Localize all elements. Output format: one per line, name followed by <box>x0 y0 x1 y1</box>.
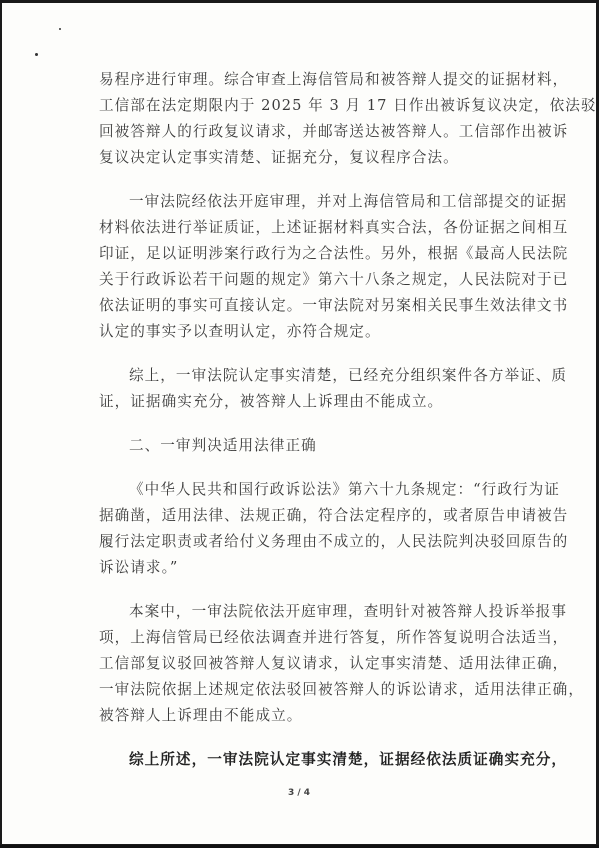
text-line: 被答辩人上诉理由不能成立。 <box>99 703 514 729</box>
text-line: 依法证明的事实可直接认定。一审法院对另案相关民事生效法律文书 <box>99 293 514 319</box>
text-line: 诉讼请求。” <box>99 555 514 581</box>
text-line: 《中华人民共和国行政诉讼法》第六十九条规定：“行政行为证 <box>99 477 514 503</box>
text-line: 关于行政诉讼若干问题的规定》第六十八条之规定，人民法院对于已 <box>99 267 514 293</box>
text-line: 本案中，一审法院依法开庭审理，查明针对被答辩人投诉举报事 <box>99 599 514 625</box>
text-line: 据确凿，适用法律、法规正确，符合法定程序的，或者原告申请被告 <box>99 503 514 529</box>
paragraph-p6: 综上所述，一审法院认定事实清楚，证据经依法质证确实充分， <box>99 747 514 773</box>
paragraph-p4: 《中华人民共和国行政诉讼法》第六十九条规定：“行政行为证 据确凿，适用法律、法规… <box>99 477 514 581</box>
text-line: 项，上海信管局已经依法调查并进行答复，所作答复说明合法适当， <box>99 625 514 651</box>
text-line: 一审法院经依法开庭审理，并对上海信管局和工信部提交的证据 <box>99 189 514 215</box>
page-number: 3 / 4 <box>2 788 596 798</box>
scan-speck <box>59 28 61 30</box>
text-line: 综上所述，一审法院认定事实清楚，证据经依法质证确实充分， <box>99 747 514 773</box>
heading-text: 二、一审判决适用法律正确 <box>99 433 514 459</box>
text-line: 易程序进行审理。综合审查上海信管局和被答辩人提交的证据材料， <box>99 67 514 93</box>
text-line: 认定的事实予以查明认定，亦符合规定。 <box>99 319 514 345</box>
document-page: 易程序进行审理。综合审查上海信管局和被答辩人提交的证据材料， 工信部在法定期限内… <box>2 3 596 844</box>
document-body: 易程序进行审理。综合审查上海信管局和被答辩人提交的证据材料， 工信部在法定期限内… <box>99 67 514 773</box>
text-line: 印证，足以证明涉案行政行为之合法性。另外，根据《最高人民法院 <box>99 241 514 267</box>
text-line: 回被答辩人的行政复议请求，并邮寄送达被答辩人。工信部作出被诉 <box>99 119 514 145</box>
paragraph-p1: 易程序进行审理。综合审查上海信管局和被答辩人提交的证据材料， 工信部在法定期限内… <box>99 67 514 171</box>
text-line: 材料依法进行举证质证，上述证据材料真实合法，各份证据之间相互 <box>99 215 514 241</box>
text-line: 一审法院依据上述规定依法驳回被答辩人的诉讼请求，适用法律正确， <box>99 677 514 703</box>
paragraph-p5: 本案中，一审法院依法开庭审理，查明针对被答辩人投诉举报事 项，上海信管局已经依法… <box>99 599 514 729</box>
paragraph-p3: 综上，一审法院认定事实清楚，已经充分组织案件各方举证、质 证，证据确实充分，被答… <box>99 363 514 415</box>
section-heading: 二、一审判决适用法律正确 <box>99 433 514 459</box>
text-line: 履行法定职责或者给付义务理由不成立的，人民法院判决驳回原告的 <box>99 529 514 555</box>
text-line: 工信部在法定期限内于 2025 年 3 月 17 日作出被诉复议决定，依法驳 <box>99 93 514 119</box>
scan-speck <box>35 53 38 56</box>
paragraph-p2: 一审法院经依法开庭审理，并对上海信管局和工信部提交的证据 材料依法进行举证质证，… <box>99 189 514 345</box>
text-line: 复议决定认定事实清楚、证据充分，复议程序合法。 <box>99 145 514 171</box>
text-line: 综上，一审法院认定事实清楚，已经充分组织案件各方举证、质 <box>99 363 514 389</box>
text-line: 工信部复议驳回被答辩人复议请求，认定事实清楚、适用法律正确， <box>99 651 514 677</box>
text-line: 证，证据确实充分，被答辩人上诉理由不能成立。 <box>99 389 514 415</box>
